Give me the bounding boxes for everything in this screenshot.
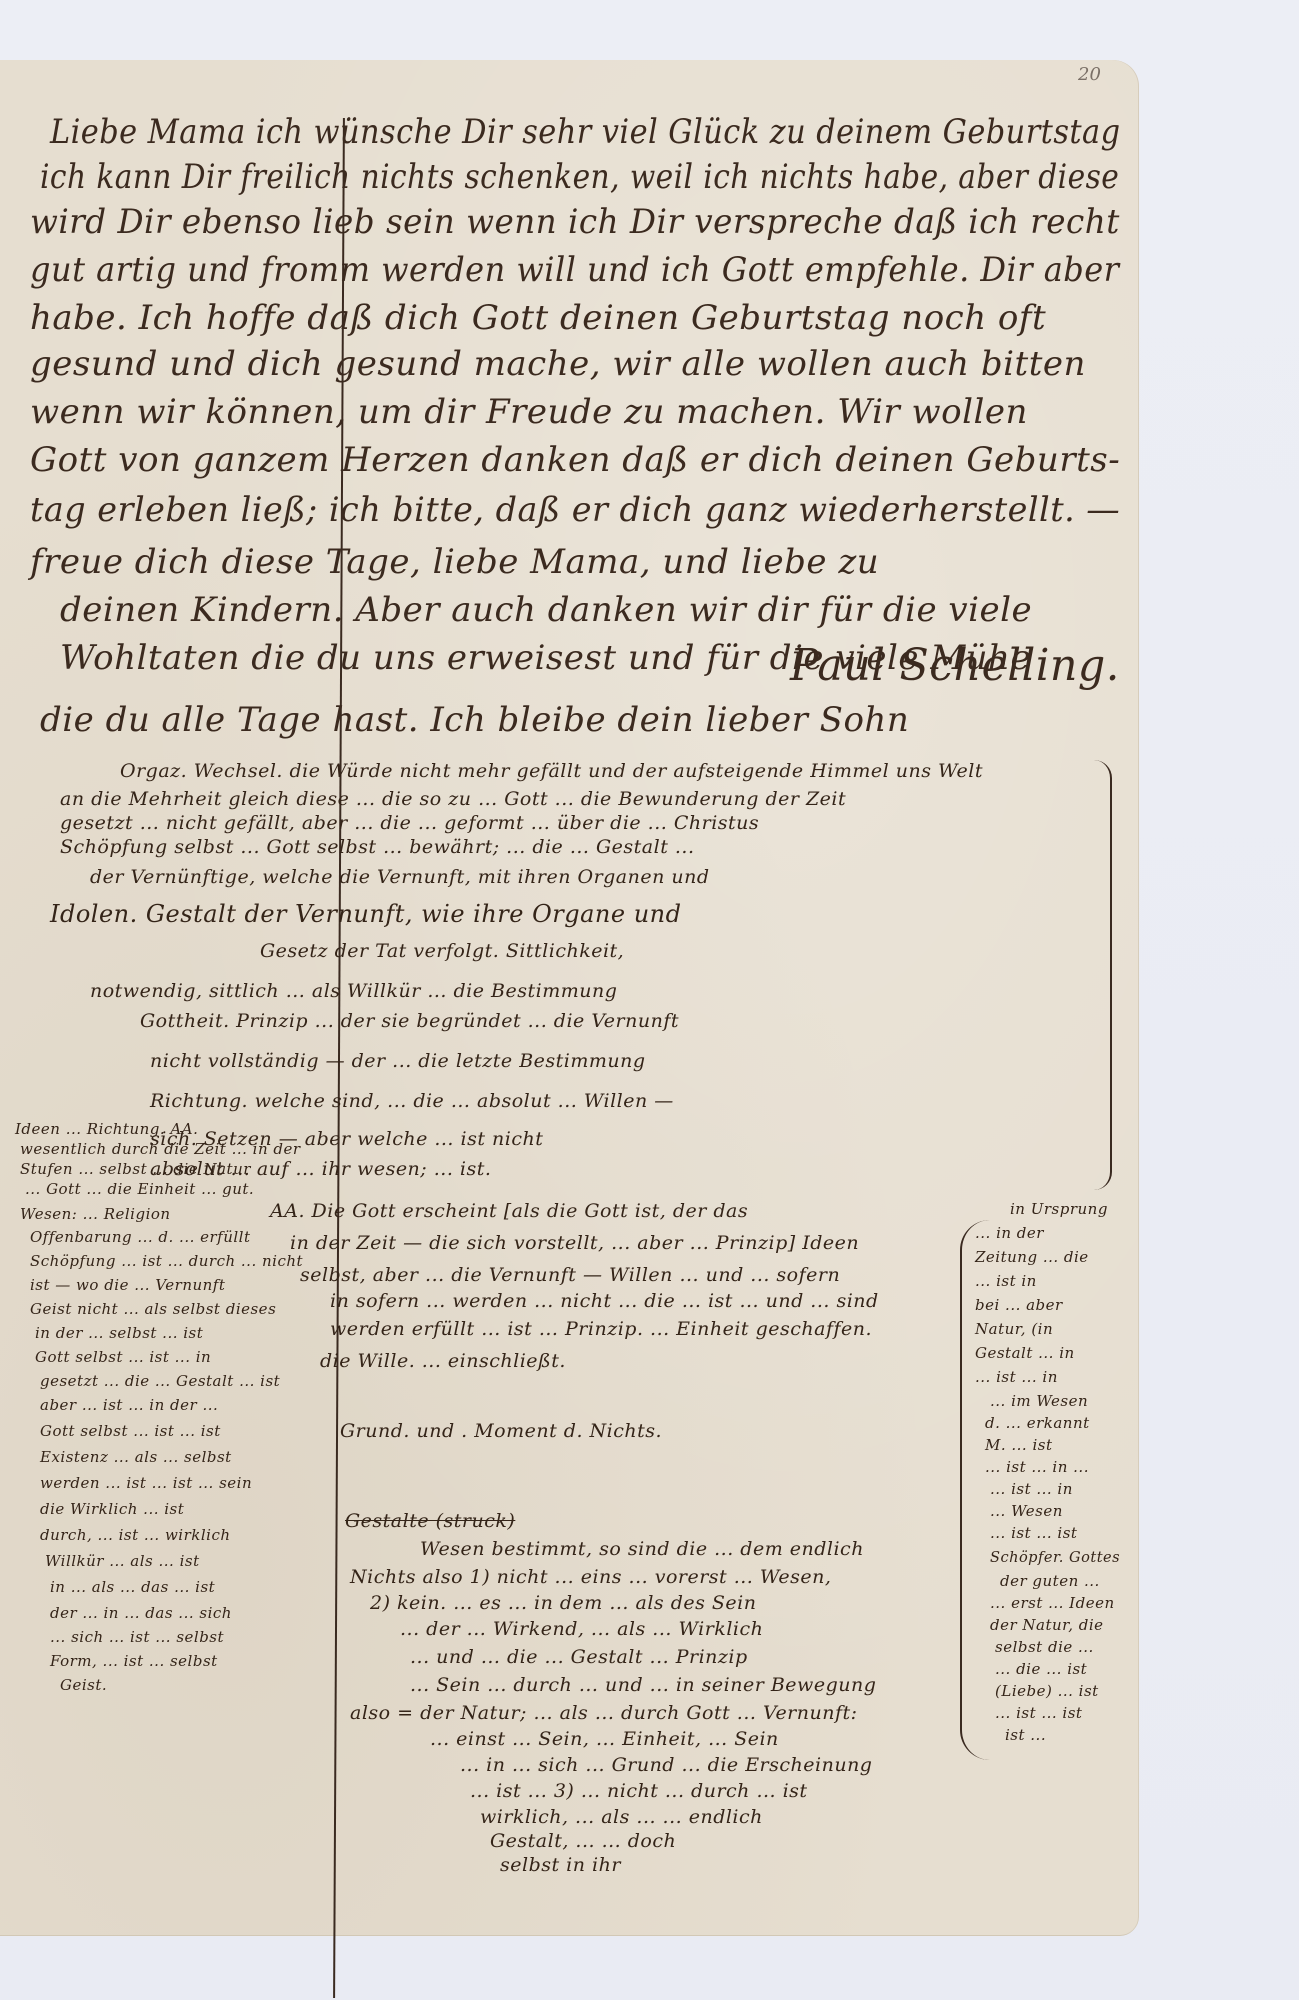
- note-line: ... einst ... Sein, ... Einheit, ... Sei…: [430, 1728, 779, 1750]
- margin-line: (Liebe) ... ist: [995, 1682, 1099, 1700]
- letter-line: deinen Kindern. Aber auch danken wir dir…: [60, 590, 1032, 630]
- note-line: ... ist ... 3) ... nicht ... durch ... i…: [470, 1780, 808, 1802]
- letter-line: freue dich diese Tage, liebe Mama, und l…: [30, 542, 879, 582]
- margin-line: Geist.: [60, 1676, 107, 1694]
- note-bracket-right: [870, 760, 1112, 1190]
- margin-line: ... erst ... Ideen: [990, 1594, 1115, 1612]
- margin-line: Form, ... ist ... selbst: [50, 1652, 218, 1670]
- note-line: der Vernünftige, welche die Vernunft, mi…: [90, 866, 710, 888]
- margin-line: der Natur, die: [990, 1616, 1104, 1634]
- margin-line: Wesen: ... Religion: [20, 1205, 171, 1223]
- margin-line: werden ... ist ... ist ... sein: [40, 1474, 252, 1492]
- margin-line: ... im Wesen: [990, 1392, 1088, 1410]
- note-line: wirklich, ... als ... ... endlich: [480, 1806, 763, 1828]
- note-line: ... in ... sich ... Grund ... die Ersche…: [460, 1754, 872, 1776]
- note-line: selbst, aber ... die Vernunft — Willen .…: [300, 1264, 840, 1286]
- margin-line: Ideen ... Richtung. AA.: [15, 1120, 198, 1138]
- note-line: nicht vollständig — der ... die letzte B…: [150, 1050, 646, 1072]
- margin-line: Stufen ... selbst ... die Natur: [20, 1160, 251, 1178]
- margin-line: aber ... ist ... in der ...: [40, 1396, 218, 1414]
- note-line: an die Mehrheit gleich diese ... die so …: [60, 788, 846, 810]
- margin-line: durch, ... ist ... wirklich: [40, 1526, 231, 1544]
- note-line: ... Sein ... durch ... und ... in seiner…: [410, 1674, 876, 1696]
- margin-line: wesentlich durch die Zeit ... in der: [20, 1140, 301, 1158]
- letter-line: gesund und dich gesund mache, wir alle w…: [30, 344, 1086, 384]
- margin-line: ... ist in: [975, 1272, 1037, 1290]
- letter-line: Liebe Mama ich wünsche Dir sehr viel Glü…: [50, 112, 1121, 152]
- margin-line: ... ist ... ist: [990, 1524, 1077, 1542]
- note-line: in sofern ... werden ... nicht ... die .…: [330, 1290, 879, 1312]
- note-line: Gestalt, ... ... doch: [490, 1830, 676, 1852]
- margin-line: in Ursprung: [1010, 1200, 1108, 1218]
- note-line: werden erfüllt ... ist ... Prinzip. ... …: [330, 1318, 872, 1340]
- margin-line: ist — wo die ... Vernunft: [30, 1276, 225, 1294]
- note-line: Gottheit. Prinzip ... der sie begründet …: [140, 1010, 679, 1032]
- letter-line: ich kann Dir freilich nichts schenken, w…: [40, 157, 1119, 197]
- margin-line: Existenz ... als ... selbst: [40, 1448, 232, 1466]
- margin-line: Willkür ... als ... ist: [45, 1552, 200, 1570]
- margin-line: ... ist ... in: [975, 1368, 1058, 1386]
- margin-line: gesetzt ... die ... Gestalt ... ist: [40, 1372, 280, 1390]
- margin-line: Gestalt ... in: [975, 1344, 1075, 1362]
- letter-line: wenn wir können, um dir Freude zu machen…: [30, 392, 1028, 432]
- margin-line: M. ... ist: [985, 1436, 1053, 1454]
- signature: Paul Schelling.: [790, 640, 1120, 691]
- margin-line: Natur, (in: [975, 1320, 1053, 1338]
- margin-line: ... Gott ... die Einheit ... gut.: [25, 1180, 254, 1198]
- letter-line: Gott von ganzem Herzen danken daß er dic…: [30, 440, 1120, 480]
- note-line: Gesetz der Tat verfolgt. Sittlichkeit,: [260, 940, 624, 962]
- note-line: AA. Die Gott erscheint [als die Gott ist…: [270, 1200, 748, 1222]
- margin-line: ... ist ... in: [990, 1480, 1073, 1498]
- margin-line: Offenbarung ... d. ... erfüllt: [30, 1228, 251, 1246]
- note-line: 2) kein. ... es ... in dem ... als des S…: [370, 1592, 756, 1614]
- note-line: in der Zeit — die sich vorstellt, ... ab…: [290, 1232, 859, 1254]
- margin-line: die Wirklich ... ist: [40, 1500, 184, 1518]
- margin-line: selbst die ...: [995, 1638, 1094, 1656]
- note-line: ... und ... die ... Gestalt ... Prinzip: [410, 1646, 748, 1668]
- margin-line: Gott selbst ... ist ... ist: [40, 1422, 221, 1440]
- margin-line: ... sich ... ist ... selbst: [50, 1628, 224, 1646]
- margin-line: bei ... aber: [975, 1296, 1063, 1314]
- note-line: Gestalte (struck): [345, 1510, 515, 1532]
- margin-line: der ... in ... das ... sich: [50, 1604, 232, 1622]
- note-line: Idolen. Gestalt der Vernunft, wie ihre O…: [50, 900, 681, 928]
- section-heading: Grund. und . Moment d. Nichts.: [340, 1420, 662, 1442]
- margin-line: in ... als ... das ... ist: [50, 1578, 215, 1596]
- margin-line: Gott selbst ... ist ... in: [35, 1348, 211, 1366]
- margin-line: ... ist ... in ...: [985, 1458, 1089, 1476]
- margin-line: ... die ... ist: [995, 1660, 1087, 1678]
- note-line: Nichts also 1) nicht ... eins ... vorers…: [350, 1566, 831, 1588]
- letter-line: gut artig und fromm werden will und ich …: [30, 250, 1119, 290]
- margin-line: Schöpfer. Gottes: [990, 1548, 1120, 1566]
- note-line: Wesen bestimmt, so sind die ... dem endl…: [420, 1538, 864, 1560]
- margin-line: der guten ...: [1000, 1572, 1100, 1590]
- margin-line: ist ...: [1005, 1726, 1046, 1744]
- letter-line: wird Dir ebenso lieb sein wenn ich Dir v…: [30, 202, 1120, 242]
- letter-line: die du alle Tage hast. Ich bleibe dein l…: [40, 700, 909, 740]
- page-number: 20: [1078, 64, 1101, 85]
- letter-line: tag erleben ließ; ich bitte, daß er dich…: [30, 490, 1120, 530]
- note-line: gesetzt ... nicht gefällt, aber ... die …: [60, 812, 759, 834]
- manuscript-page: 20 Liebe Mama ich wünsche Dir sehr viel …: [0, 60, 1138, 1935]
- margin-line: d. ... erkannt: [985, 1414, 1090, 1432]
- margin-line: Geist nicht ... als selbst dieses: [30, 1300, 276, 1318]
- margin-line: ... ist ... ist: [995, 1704, 1082, 1722]
- note-line: die Wille. ... einschließt.: [320, 1350, 566, 1372]
- letter-line: habe. Ich hoffe daß dich Gott deinen Geb…: [30, 298, 1046, 338]
- note-line: selbst in ihr: [500, 1854, 621, 1876]
- margin-line: Schöpfung ... ist ... durch ... nicht: [30, 1252, 303, 1270]
- margin-line: ... in der: [975, 1224, 1044, 1242]
- note-line: notwendig, sittlich ... als Willkür ... …: [90, 980, 617, 1002]
- margin-line: ... Wesen: [990, 1502, 1063, 1520]
- margin-line: Zeitung ... die: [975, 1248, 1089, 1266]
- note-line: Orgaz. Wechsel. die Würde nicht mehr gef…: [120, 760, 983, 782]
- note-line: Richtung. welche sind, ... die ... absol…: [150, 1090, 674, 1112]
- note-line: ... der ... Wirkend, ... als ... Wirklic…: [400, 1618, 763, 1640]
- note-line: also = der Natur; ... als ... durch Gott…: [350, 1702, 858, 1724]
- note-line: Schöpfung selbst ... Gott selbst ... bew…: [60, 836, 695, 858]
- margin-line: in der ... selbst ... ist: [35, 1324, 203, 1342]
